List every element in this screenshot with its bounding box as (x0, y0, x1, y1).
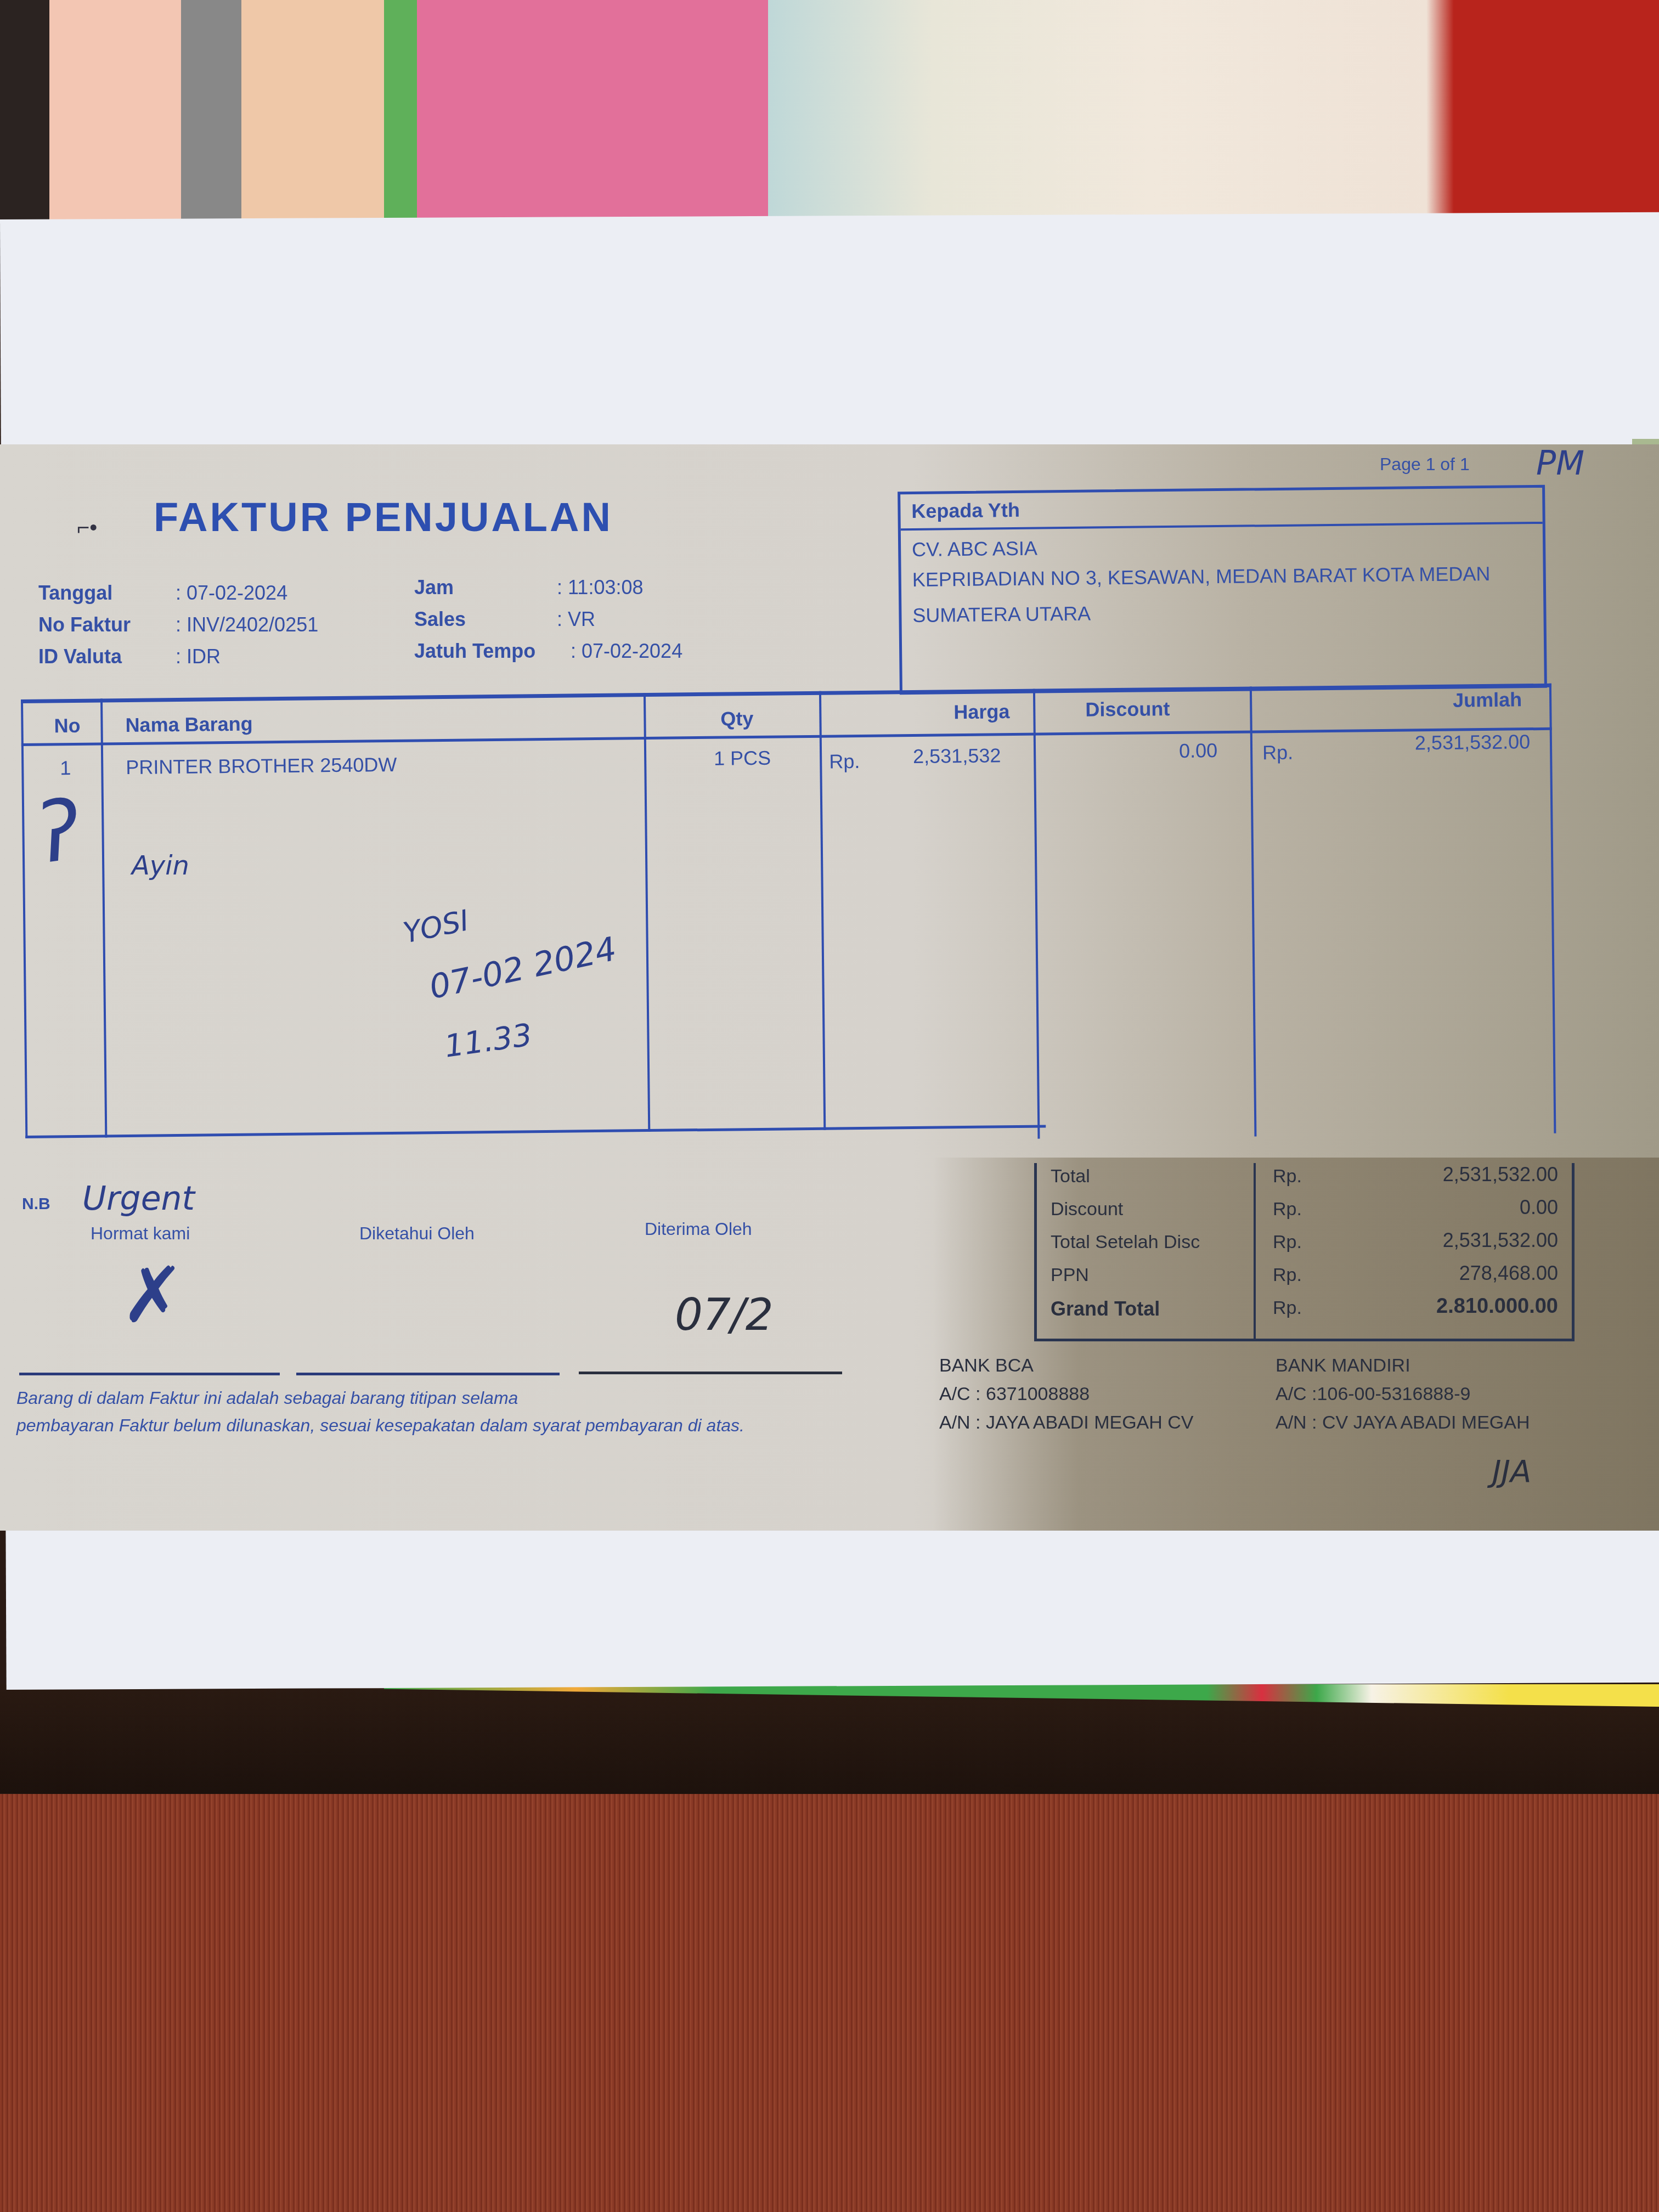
recipient-address-line2: SUMATERA UTARA (912, 602, 1091, 627)
bank-name: BANK MANDIRI (1276, 1355, 1410, 1376)
recipient-address-line1: KEPRIBADIAN NO 3, KESAWAN, MEDAN BARAT K… (912, 562, 1491, 591)
bank-account: A/C :106-00-5316888-9 (1276, 1384, 1470, 1405)
footer-note-line1: Barang di dalam Faktur ini adalah sebaga… (16, 1388, 518, 1408)
col-header-discount: Discount (1085, 697, 1170, 721)
label-diketahui-oleh: Diketahui Oleh (359, 1223, 475, 1244)
cell-no: 1 (60, 757, 71, 780)
signature-hormat-kami-icon: ✗ (121, 1251, 185, 1340)
items-table: No Nama Barang Qty Harga Discount Jumlah… (21, 684, 1556, 1138)
handwritten-received-mark: 07/2 (675, 1289, 774, 1340)
label-no-faktur: No Faktur (38, 613, 131, 636)
totals-currency: Rp. (1273, 1166, 1302, 1187)
value-jam: : 11:03:08 (557, 576, 643, 599)
label-jatuh-tempo: Jatuh Tempo (414, 640, 535, 663)
col-header-no: No (54, 714, 80, 738)
cell-harga-currency: Rp. (829, 750, 860, 774)
label-diterima-oleh: Diterima Oleh (645, 1219, 752, 1239)
signature-line-1 (19, 1373, 280, 1375)
totals-currency: Rp. (1273, 1199, 1302, 1220)
totals-value: 0.00 (1520, 1196, 1558, 1219)
signature-line-2 (296, 1373, 560, 1375)
totals-label: Total (1051, 1166, 1090, 1187)
totals-box: Total Rp. 2,531,532.00 Discount Rp. 0.00… (1034, 1163, 1575, 1341)
cell-harga: 2,531,532 (913, 744, 1001, 768)
nb-label: N.B (22, 1195, 50, 1214)
value-jatuh-tempo: : 07-02-2024 (571, 640, 682, 663)
cell-discount: 0.00 (1179, 739, 1218, 763)
invoice-document: ⌐• FAKTUR PENJUALAN Page 1 of 1 PM Tangg… (0, 444, 1659, 1531)
recipient-divider (901, 522, 1543, 531)
totals-label: PPN (1051, 1265, 1089, 1286)
handwritten-signature-ayin: Ayin (132, 850, 189, 881)
totals-label: Grand Total (1051, 1297, 1160, 1321)
stray-mark-icon: ⌐• (77, 516, 97, 540)
bank-name: BANK BCA (939, 1355, 1034, 1376)
col-header-nama-barang: Nama Barang (125, 713, 253, 737)
cell-qty: 1 PCS (714, 747, 771, 770)
totals-value: 2.810.000.00 (1436, 1295, 1558, 1318)
recipient-label: Kepada Yth (911, 499, 1020, 523)
value-id-valuta: : IDR (176, 645, 221, 668)
cell-jumlah-currency: Rp. (1262, 741, 1293, 765)
handwritten-nb-note: Urgent (82, 1180, 195, 1218)
col-header-harga: Harga (953, 700, 1009, 724)
handwritten-initials: JJA (1492, 1454, 1531, 1489)
label-sales: Sales (414, 608, 466, 631)
bank-holder: A/N : JAYA ABADI MEGAH CV (939, 1412, 1194, 1434)
totals-value: 2,531,532.00 (1443, 1229, 1558, 1252)
totals-label: Discount (1051, 1199, 1123, 1220)
bank-account: A/C : 6371008888 (939, 1384, 1090, 1405)
invoice-title: FAKTUR PENJUALAN (154, 494, 613, 540)
totals-currency: Rp. (1273, 1232, 1302, 1253)
cell-jumlah: 2,531,532.00 (1415, 730, 1531, 754)
label-id-valuta: ID Valuta (38, 645, 122, 668)
bank-holder: A/N : CV JAYA ABADI MEGAH (1276, 1412, 1530, 1434)
totals-value: 2,531,532.00 (1443, 1163, 1558, 1186)
cell-nama-barang: PRINTER BROTHER 2540DW (126, 753, 397, 779)
col-header-qty: Qty (720, 707, 753, 731)
value-no-faktur: : INV/2402/0251 (176, 613, 318, 636)
totals-divider (1254, 1163, 1256, 1339)
value-tanggal: : 07-02-2024 (176, 582, 287, 605)
totals-label: Total Setelah Disc (1051, 1232, 1200, 1253)
label-hormat-kami: Hormat kami (91, 1223, 190, 1244)
label-tanggal: Tanggal (38, 582, 112, 605)
footer-note-line2: pembayaran Faktur belum dilunaskan, sesu… (16, 1415, 744, 1436)
background-carpet (0, 1794, 1659, 2212)
totals-value: 278,468.00 (1459, 1262, 1558, 1285)
totals-currency: Rp. (1273, 1265, 1302, 1286)
label-jam: Jam (414, 576, 454, 599)
signature-line-3 (579, 1372, 842, 1374)
totals-currency: Rp. (1273, 1297, 1302, 1319)
page-indicator: Page 1 of 1 (1380, 454, 1470, 475)
handwritten-pm: PM (1536, 444, 1584, 483)
value-sales: : VR (557, 608, 595, 631)
col-header-jumlah: Jumlah (1453, 688, 1522, 712)
recipient-name: CV. ABC ASIA (912, 537, 1037, 561)
recipient-box: Kepada Yth CV. ABC ASIA KEPRIBADIAN NO 3… (898, 485, 1547, 695)
